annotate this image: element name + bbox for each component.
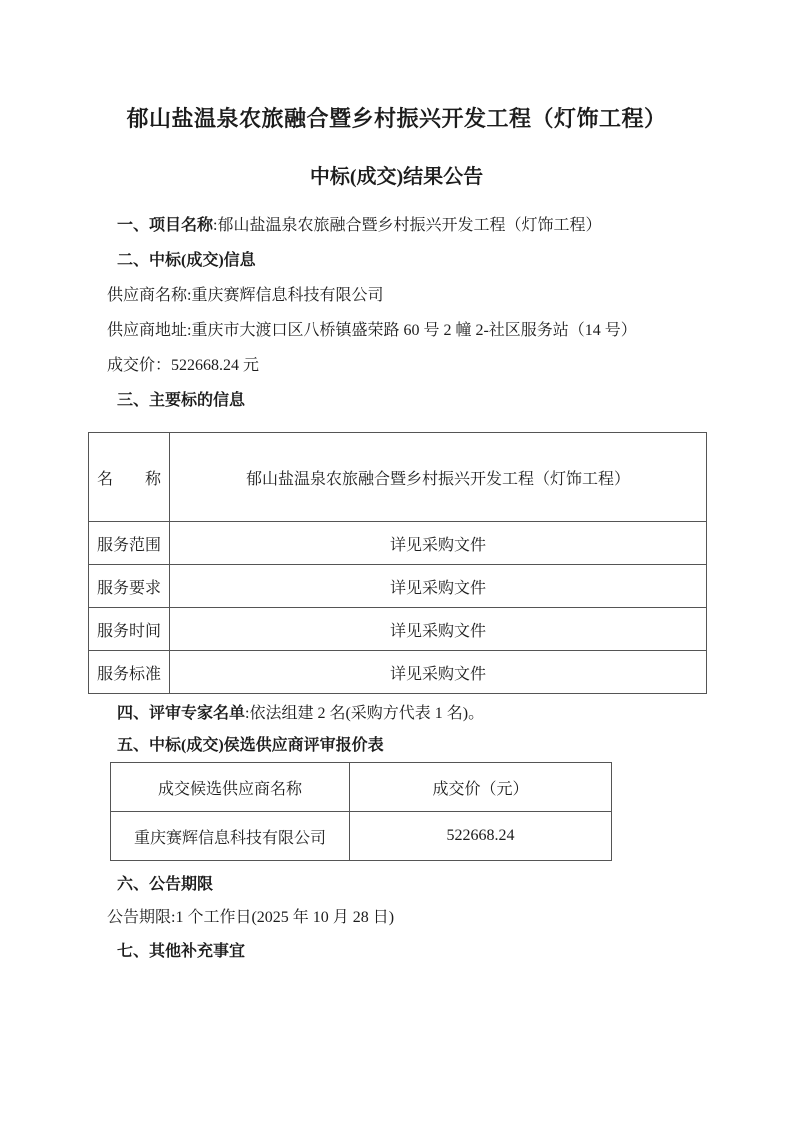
deal-price-line: 成交价：522668.24 元 <box>88 348 705 383</box>
supplier-name-line: 供应商名称:重庆赛辉信息科技有限公司 <box>88 278 705 313</box>
table-row: 名 称 郁山盐温泉农旅融合暨乡村振兴开发工程（灯饰工程） <box>89 433 707 522</box>
notice-period-line: 公告期限:1 个工作日(2025 年 10 月 28 日) <box>88 901 705 935</box>
subject-row-value: 详见采购文件 <box>170 565 707 608</box>
section-1-project-name: 一、项目名称:郁山盐温泉农旅融合暨乡村振兴开发工程（灯饰工程） <box>88 208 705 243</box>
subject-row-label: 服务时间 <box>89 608 170 651</box>
table-header-row: 成交候选供应商名称 成交价（元） <box>111 763 612 812</box>
candidate-price-header: 成交价（元） <box>350 763 612 812</box>
supplier-address-line: 供应商地址:重庆市大渡口区八桥镇盛荣路 60 号 2 幢 2-社区服务站（14 … <box>88 313 705 348</box>
table-row: 服务范围 详见采购文件 <box>89 522 707 565</box>
table-row: 服务要求 详见采购文件 <box>89 565 707 608</box>
table-row: 服务时间 详见采购文件 <box>89 608 707 651</box>
candidate-price-table: 成交候选供应商名称 成交价（元） 重庆赛辉信息科技有限公司 522668.24 <box>110 762 612 861</box>
document-subtitle: 中标(成交)结果公告 <box>88 164 705 190</box>
candidate-price-cell: 522668.24 <box>350 812 612 861</box>
subject-row-label: 服务标准 <box>89 651 170 694</box>
document-title: 郁山盐温泉农旅融合暨乡村振兴开发工程（灯饰工程） <box>88 106 705 132</box>
subject-row-value: 详见采购文件 <box>170 608 707 651</box>
section-2-heading: 二、中标(成交)信息 <box>88 243 705 278</box>
subject-row-value: 郁山盐温泉农旅融合暨乡村振兴开发工程（灯饰工程） <box>170 433 707 522</box>
section-1-label: 一、项目名称 <box>117 217 213 234</box>
subject-row-label: 服务要求 <box>89 565 170 608</box>
table-row: 重庆赛辉信息科技有限公司 522668.24 <box>111 812 612 861</box>
section-5-heading: 五、中标(成交)侯选供应商评审报价表 <box>88 730 705 762</box>
section-7-heading: 七、其他补充事宜 <box>88 935 705 969</box>
section-4-experts: 四、评审专家名单:依法组建 2 名(采购方代表 1 名)。 <box>88 698 705 730</box>
candidate-name-cell: 重庆赛辉信息科技有限公司 <box>111 812 350 861</box>
subject-row-value: 详见采购文件 <box>170 522 707 565</box>
section-1-text: :郁山盐温泉农旅融合暨乡村振兴开发工程（灯饰工程） <box>213 217 601 234</box>
subject-row-value: 详见采购文件 <box>170 651 707 694</box>
subject-row-label: 名 称 <box>89 433 170 522</box>
section-6-heading: 六、公告期限 <box>88 869 705 901</box>
document-page: 郁山盐温泉农旅融合暨乡村振兴开发工程（灯饰工程） 中标(成交)结果公告 一、项目… <box>0 0 793 1122</box>
candidate-name-header: 成交候选供应商名称 <box>111 763 350 812</box>
subject-info-table: 名 称 郁山盐温泉农旅融合暨乡村振兴开发工程（灯饰工程） 服务范围 详见采购文件… <box>88 432 707 694</box>
document-body: 郁山盐温泉农旅融合暨乡村振兴开发工程（灯饰工程） 中标(成交)结果公告 一、项目… <box>0 0 793 969</box>
section-3-heading: 三、主要标的信息 <box>88 383 705 418</box>
section-4-label: 四、评审专家名单 <box>117 705 245 722</box>
table-row: 服务标准 详见采购文件 <box>89 651 707 694</box>
subject-row-label: 服务范围 <box>89 522 170 565</box>
section-4-text: :依法组建 2 名(采购方代表 1 名)。 <box>245 705 484 722</box>
